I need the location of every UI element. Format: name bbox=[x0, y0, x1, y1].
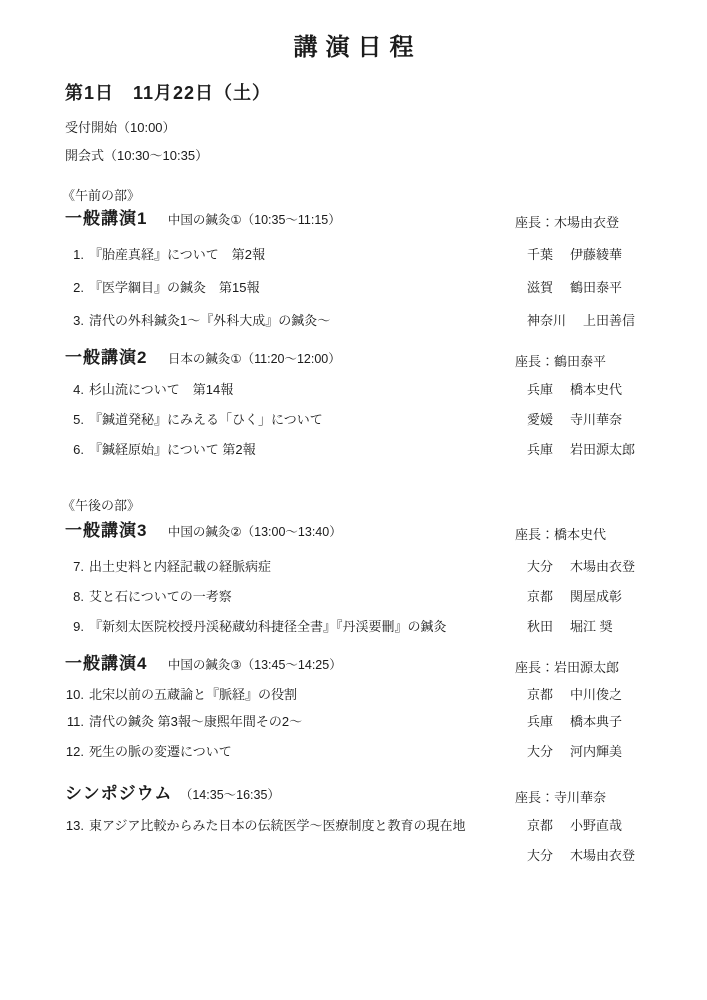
item-number: 6. bbox=[56, 440, 84, 459]
presenter-place: 兵庫 bbox=[527, 382, 553, 397]
presenter-place: 大分 bbox=[527, 744, 553, 759]
item-number: 2. bbox=[56, 278, 84, 297]
session-1-chair: 座長：木場由衣登 bbox=[515, 213, 707, 232]
opening-line: 開会式（10:30～10:35） bbox=[65, 146, 707, 165]
item-row-6: 6. 『鍼経原始』について 第2報 兵庫岩田源太郎 bbox=[0, 440, 707, 459]
presenter-place: 大分 bbox=[527, 848, 553, 863]
item-title: 東アジア比較からみた日本の伝統医学～医療制度と教育の現在地 bbox=[89, 816, 465, 835]
item-row-9: 9. 『新刻太医院校授丹渓秘蔵幼科捷径全書』『丹渓要刪』の鍼灸 秋田堀江 奨 bbox=[0, 617, 707, 636]
session-3-subtitle: 中国の鍼灸②（13:00～13:40） bbox=[168, 525, 342, 539]
item-row-11: 11. 清代の鍼灸 第3報～康煕年間その2～ 兵庫橋本典子 bbox=[0, 712, 707, 731]
session-4-name: 一般講演4 bbox=[65, 654, 147, 673]
item-number: 3. bbox=[56, 311, 84, 330]
item-presenter: 兵庫岩田源太郎 bbox=[527, 440, 635, 459]
item-title: 杉山流について 第14報 bbox=[89, 380, 233, 399]
item-presenter: 滋賀鶴田泰平 bbox=[527, 278, 622, 297]
item-row-1: 1. 『胎産真経』について 第2報 千葉伊藤綾華 bbox=[0, 245, 707, 264]
item-row-5: 5. 『鍼道発秘』にみえる「ひく」について 愛媛寺川華奈 bbox=[0, 410, 707, 429]
session-1-name: 一般講演1 bbox=[65, 209, 147, 228]
presenter-name: 堀江 奨 bbox=[570, 619, 613, 634]
item-presenter: 愛媛寺川華奈 bbox=[527, 410, 622, 429]
item-number: 1. bbox=[56, 245, 84, 264]
presenter-name: 橋本典子 bbox=[570, 714, 622, 729]
item-number: 7. bbox=[56, 557, 84, 576]
item-presenter: 秋田堀江 奨 bbox=[527, 617, 613, 636]
item-title: 死生の脈の変遷について bbox=[89, 742, 232, 761]
item-presenter: 京都関屋成彰 bbox=[527, 587, 622, 606]
presenter-place: 兵庫 bbox=[527, 442, 553, 457]
item-number: 5. bbox=[56, 410, 84, 429]
presenter-place: 滋賀 bbox=[527, 280, 553, 295]
presenter-name: 鶴田泰平 bbox=[570, 280, 622, 295]
item-title: 『鍼経原始』について 第2報 bbox=[89, 440, 256, 459]
item-row-10: 10. 北宋以前の五蔵論と『脈経』の役割 京都中川俊之 bbox=[0, 685, 707, 704]
session-4-subtitle: 中国の鍼灸③（13:45～14:25） bbox=[168, 658, 342, 672]
item-title: 『新刻太医院校授丹渓秘蔵幼科捷径全書』『丹渓要刪』の鍼灸 bbox=[89, 617, 447, 636]
session-3-chair: 座長：橋本史代 bbox=[515, 525, 707, 544]
item-presenter: 大分河内輝美 bbox=[527, 742, 622, 761]
presenter-name: 上田善信 bbox=[583, 313, 635, 328]
item-row-7: 7. 出土史料と内経記載の経脈病症 大分木場由衣登 bbox=[0, 557, 707, 576]
presenter-place: 千葉 bbox=[527, 247, 553, 262]
item-number: 12. bbox=[56, 742, 84, 761]
item-row-3: 3. 清代の外科鍼灸1～『外科大成』の鍼灸～ 神奈川上田善信 bbox=[0, 311, 707, 330]
presenter-place: 兵庫 bbox=[527, 714, 553, 729]
session-1-subtitle: 中国の鍼灸①（10:35～11:15） bbox=[168, 213, 341, 227]
item-number: 9. bbox=[56, 617, 84, 636]
presenter-place: 京都 bbox=[527, 589, 553, 604]
page-title: 講演日程 bbox=[0, 38, 707, 57]
item-title: 『鍼道発秘』にみえる「ひく」について bbox=[89, 410, 323, 429]
item-title: 清代の鍼灸 第3報～康煕年間その2～ bbox=[89, 712, 302, 731]
item-row-13-second-presenter: 大分木場由衣登 bbox=[0, 846, 707, 865]
presenter-place: 神奈川 bbox=[527, 313, 566, 328]
afternoon-part-label: 《午後の部》 bbox=[62, 496, 707, 515]
presenter-name: 岩田源太郎 bbox=[570, 442, 635, 457]
item-row-2: 2. 『医学綱目』の鍼灸 第15報 滋賀鶴田泰平 bbox=[0, 278, 707, 297]
item-presenter: 兵庫橋本史代 bbox=[527, 380, 622, 399]
symposium-time: （14:35～16:35） bbox=[180, 788, 280, 802]
item-row-4: 4. 杉山流について 第14報 兵庫橋本史代 bbox=[0, 380, 707, 399]
session-3-name: 一般講演3 bbox=[65, 521, 147, 540]
presenter-place: 京都 bbox=[527, 818, 553, 833]
symposium-name: シンポジウム bbox=[65, 784, 172, 803]
morning-part-label: 《午前の部》 bbox=[62, 186, 707, 205]
presenter-name: 寺川華奈 bbox=[570, 412, 622, 427]
item-number: 10. bbox=[56, 685, 84, 704]
item-title: 艾と石についての一考察 bbox=[89, 587, 232, 606]
symposium-chair: 座長：寺川華奈 bbox=[515, 788, 707, 807]
item-number: 11. bbox=[56, 712, 84, 731]
item-title: 『胎産真経』について 第2報 bbox=[89, 245, 265, 264]
presenter-name: 関屋成彰 bbox=[570, 589, 622, 604]
presenter-name: 木場由衣登 bbox=[570, 559, 635, 574]
presenter-place: 京都 bbox=[527, 687, 553, 702]
presenter-place: 大分 bbox=[527, 559, 553, 574]
session-2-subtitle: 日本の鍼灸①（11:20～12:00） bbox=[168, 352, 341, 366]
presenter-name: 伊藤綾華 bbox=[570, 247, 622, 262]
item-number: 13. bbox=[56, 816, 84, 835]
page: 講演日程 第1日 11月22日（土） 受付開始（10:00） 開会式（10:30… bbox=[0, 0, 707, 1000]
item-presenter: 大分木場由衣登 bbox=[527, 846, 635, 865]
presenter-place: 秋田 bbox=[527, 619, 553, 634]
item-title: 『医学綱目』の鍼灸 第15報 bbox=[89, 278, 259, 297]
session-4-chair: 座長：岩田源太郎 bbox=[515, 658, 707, 677]
item-title: 清代の外科鍼灸1～『外科大成』の鍼灸～ bbox=[89, 311, 330, 330]
item-number: 4. bbox=[56, 380, 84, 399]
item-presenter: 大分木場由衣登 bbox=[527, 557, 635, 576]
presenter-name: 小野直哉 bbox=[570, 818, 622, 833]
item-presenter: 京都小野直哉 bbox=[527, 816, 622, 835]
item-title: 北宋以前の五蔵論と『脈経』の役割 bbox=[89, 685, 297, 704]
presenter-name: 中川俊之 bbox=[570, 687, 622, 702]
item-number: 8. bbox=[56, 587, 84, 606]
session-2-name: 一般講演2 bbox=[65, 348, 147, 367]
item-row-12: 12. 死生の脈の変遷について 大分河内輝美 bbox=[0, 742, 707, 761]
presenter-name: 河内輝美 bbox=[570, 744, 622, 759]
item-row-8: 8. 艾と石についての一考察 京都関屋成彰 bbox=[0, 587, 707, 606]
session-2-chair: 座長：鶴田泰平 bbox=[515, 352, 707, 371]
day-heading: 第1日 11月22日（土） bbox=[65, 84, 707, 103]
item-presenter: 千葉伊藤綾華 bbox=[527, 245, 622, 264]
item-presenter: 京都中川俊之 bbox=[527, 685, 622, 704]
item-presenter: 兵庫橋本典子 bbox=[527, 712, 622, 731]
presenter-name: 橋本史代 bbox=[570, 382, 622, 397]
reception-line: 受付開始（10:00） bbox=[65, 118, 707, 137]
item-presenter: 神奈川上田善信 bbox=[527, 311, 635, 330]
item-title: 出土史料と内経記載の経脈病症 bbox=[89, 557, 271, 576]
presenter-place: 愛媛 bbox=[527, 412, 553, 427]
item-row-13: 13. 東アジア比較からみた日本の伝統医学～医療制度と教育の現在地 京都小野直哉 bbox=[0, 816, 707, 835]
presenter-name: 木場由衣登 bbox=[570, 848, 635, 863]
